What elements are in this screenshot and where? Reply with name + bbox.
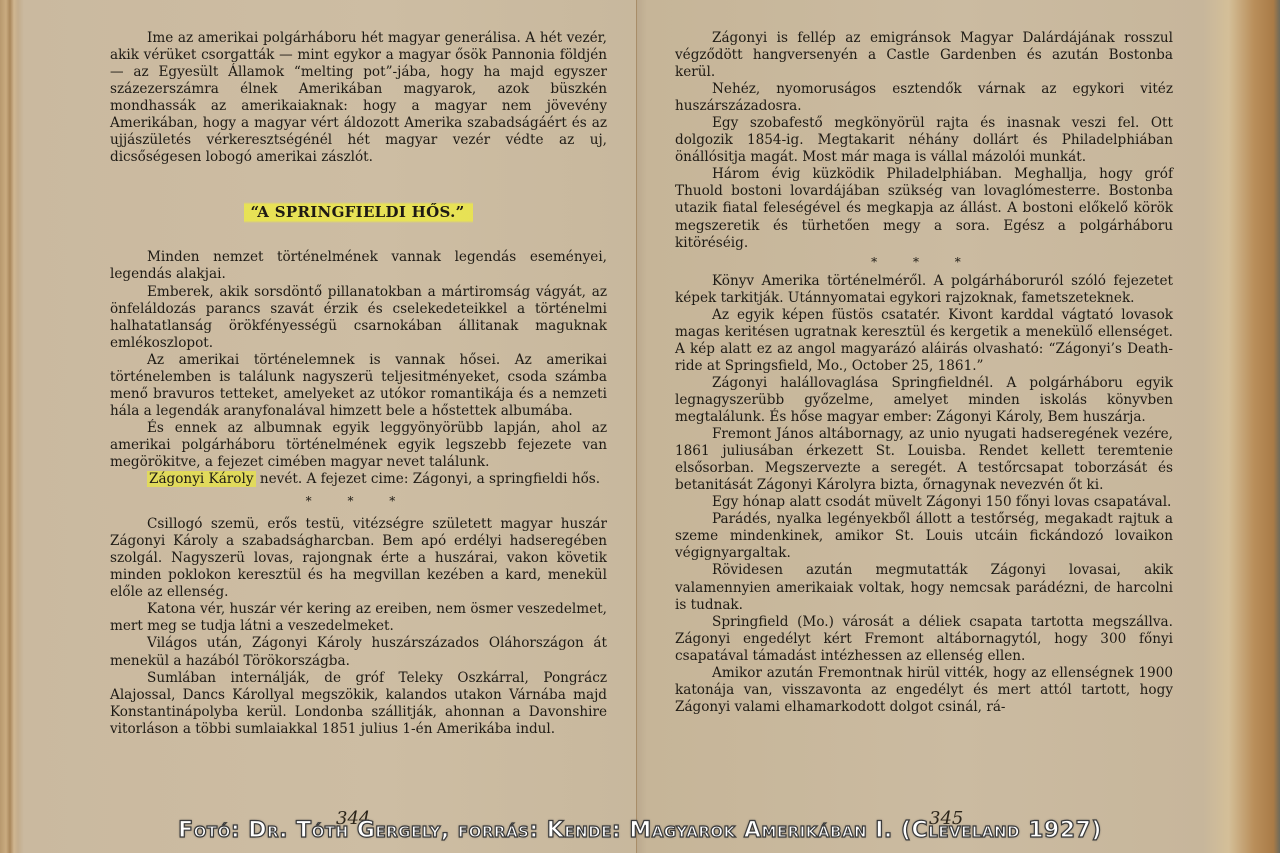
left-page: Ime az amerikai polgárháboru hét magyar … [0, 0, 637, 853]
chapter-heading-highlighted: “A SPRINGFIELDI HŐS.” [244, 201, 472, 223]
paragraph: Minden nemzet történelmének vannak legen… [110, 249, 607, 283]
paragraph: Amikor azután Fremontnak hirül vitték, h… [675, 665, 1173, 716]
paragraph: Fremont János altábornagy, az unio nyuga… [675, 426, 1173, 494]
paragraph: Az amerikai történelemnek is vannak hőse… [110, 352, 607, 420]
paragraph: Emberek, akik sorsdöntő pillanatokban a … [110, 284, 607, 352]
highlighted-name: Zágonyi Károly [147, 471, 256, 487]
section-separator: * * * [675, 254, 1173, 271]
paragraph: Zágonyi is fellép az emigránsok Magyar D… [675, 30, 1173, 81]
paragraph: Egy hónap alatt csodát müvelt Zágonyi 15… [675, 494, 1173, 511]
paragraph: Három évig küzködik Philadelphiában. Meg… [675, 166, 1173, 251]
photo-credit-caption: Fotó: Dr. Tóth Gergely, forrás: Kende: M… [0, 818, 1280, 843]
paragraph: És ennek az albumnak egyik leggyönyörübb… [110, 420, 607, 471]
section-separator: * * * [110, 493, 607, 510]
paragraph: Az egyik képen füstös csatatér. Kivont k… [675, 307, 1173, 375]
paragraph: Világos után, Zágonyi Károly huszárszáza… [110, 635, 607, 669]
paragraph: Könyv Amerika történelméről. A polgárháb… [675, 273, 1173, 307]
paragraph: Csillogó szemü, erős testü, vitézségre s… [110, 516, 607, 601]
paragraph: Sumlában internálják, de gróf Teleky Osz… [110, 670, 607, 738]
paragraph: Katona vér, huszár vér kering az ereiben… [110, 601, 607, 635]
paragraph: Nehéz, nyomoruságos esztendők várnak az … [675, 81, 1173, 115]
name-paragraph-rest: nevét. A fejezet cime: Zágonyi, a spring… [256, 471, 601, 487]
name-paragraph: Zágonyi Károly nevét. A fejezet cime: Zá… [110, 471, 607, 488]
chapter-heading: “A SPRINGFIELDI HŐS.” [110, 204, 607, 221]
paragraph: Springfield (Mo.) városát a déliek csapa… [675, 614, 1173, 665]
right-page: Zágonyi is fellép az emigránsok Magyar D… [637, 0, 1280, 853]
paragraph: Rövidesen azután megmutatták Zágonyi lov… [675, 562, 1173, 613]
left-page-text-column: Ime az amerikai polgárháboru hét magyar … [110, 30, 607, 738]
right-page-text-column: Zágonyi is fellép az emigránsok Magyar D… [675, 30, 1173, 716]
paragraph: Egy szobafestő megkönyörül rajta és inas… [675, 115, 1173, 166]
book-spread: Ime az amerikai polgárháboru hét magyar … [0, 0, 1280, 853]
intro-paragraph: Ime az amerikai polgárháboru hét magyar … [110, 30, 607, 166]
paragraph: Parádés, nyalka legényekből állott a tes… [675, 511, 1173, 562]
paragraph: Zágonyi halállovaglása Springfieldnél. A… [675, 375, 1173, 426]
